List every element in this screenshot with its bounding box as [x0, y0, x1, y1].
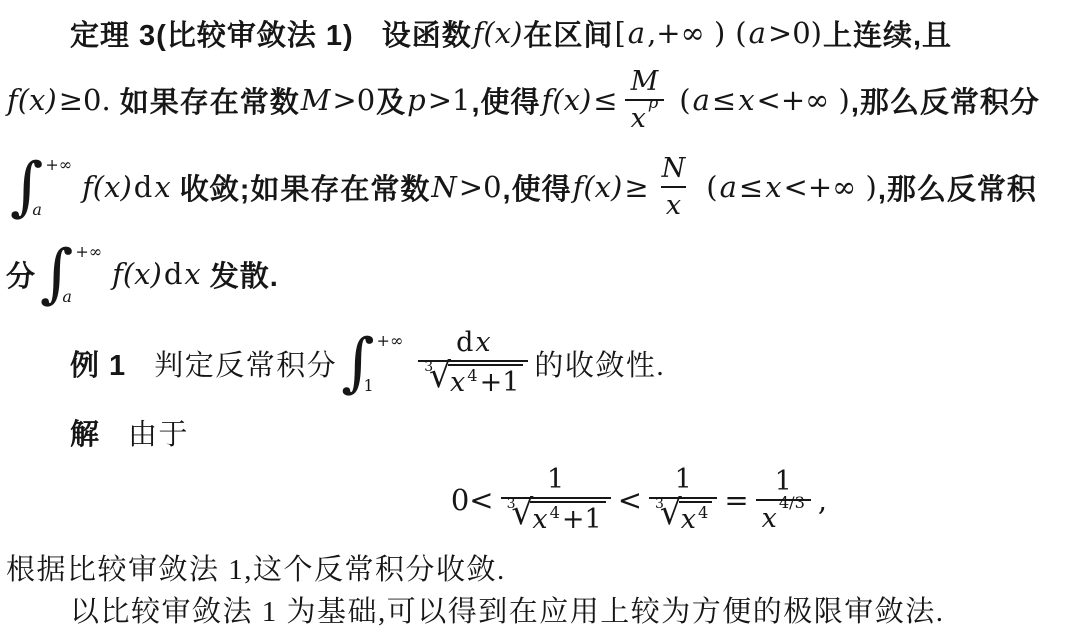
math-ge: ≥ — [624, 170, 648, 204]
theorem-line-1: 定理 3(比较审敛法 1) 设函数 f(x) 在区间 [ a ,+∞ ) ( a… — [6, 8, 1080, 58]
fraction-1-over-cuberoot-x4: 1 3 √ x4 — [649, 464, 717, 536]
theorem-text: 及 — [376, 80, 406, 121]
math-lt: < — [618, 483, 642, 517]
integral-upper-limit: +∞ — [377, 331, 404, 350]
fraction-numerator: dx — [450, 327, 497, 360]
fraction-dx-over-cuberoot: dx 3 √ x4+1 — [418, 327, 528, 399]
solution-line: 解 由于 — [6, 410, 1080, 454]
fraction-1-over-x-43: 1 x4/3 — [756, 466, 811, 534]
math-token: +1 — [480, 367, 520, 398]
integral-a-to-inf: ∫ +∞ a — [40, 242, 103, 306]
math-exp-4: 4 — [467, 366, 477, 385]
math-token: <+∞ ) — [757, 83, 850, 117]
theorem-line-3: ∫ +∞ a f(x) d x 收敛;如果存在常数 N >0 ,使得 f(x) … — [6, 142, 1080, 232]
fraction-denominator: 3 √ x4 — [649, 497, 717, 536]
theorem-text: ,使得 — [503, 167, 572, 208]
math-le: ≤ — [739, 170, 763, 204]
math-token: ,+∞ ) — [647, 16, 725, 50]
math-exp-4: 4 — [698, 503, 708, 522]
display-formula: 0< 1 3 √ x4+1 < 1 3 √ x4 — [450, 464, 828, 536]
fraction-numerator: 1 — [542, 464, 569, 497]
theorem-line-2: f(x) ≥0. 如果存在常数 M >0 及 p >1 ,使得 f(x) ≤ M… — [6, 58, 1080, 142]
math-fx: f(x) — [473, 16, 523, 50]
math-var-x: x — [184, 257, 200, 291]
example-label: 例 1 — [70, 343, 126, 384]
theorem-text: ,那么反常积 — [878, 167, 1037, 208]
math-var-x: x — [762, 503, 777, 534]
math-le: ≤ — [593, 83, 617, 117]
integral-1-to-inf: ∫ +∞ 1 — [341, 331, 404, 395]
math-var-x: x — [631, 103, 646, 134]
theorem-text: 如果存在常数 — [120, 80, 300, 121]
math-comma: , — [818, 483, 827, 517]
theorem-text: 收敛;如果存在常数 — [180, 167, 431, 208]
math-d: d — [134, 170, 153, 204]
fraction-numerator: 1 — [670, 464, 697, 497]
math-var-x: x — [532, 504, 547, 535]
integral-lower-limit: a — [32, 200, 72, 219]
conclusion-text: 根据比较审敛法 1,这个反常积分收敛. — [6, 547, 506, 588]
theorem-text: ,那么反常积分 — [851, 80, 1040, 121]
math-var-x: x — [450, 367, 465, 398]
fraction-denominator: x — [661, 186, 686, 221]
math-paren: ( — [706, 170, 717, 204]
fraction-M-over-xp: M xp — [625, 66, 665, 134]
integral-upper-limit: +∞ — [75, 242, 102, 261]
math-var-a: a — [720, 170, 737, 204]
fraction-1-over-cuberoot-x4plus1: 1 3 √ x4+1 — [501, 464, 611, 536]
fraction-denominator: x4/3 — [756, 499, 811, 534]
root-index: 3 — [424, 359, 433, 375]
math-exp-4: 4 — [550, 503, 560, 522]
radicand: x4+1 — [448, 364, 523, 398]
math-var-x: x — [475, 327, 490, 358]
radicand: x4+1 — [530, 501, 605, 535]
integral-limits: +∞ 1 — [376, 331, 405, 395]
fraction-N-over-x: N x — [656, 153, 692, 221]
conclusion-line: 根据比较审敛法 1,这个反常积分收敛. — [6, 546, 1080, 588]
math-d: d — [164, 257, 183, 291]
fraction-denominator: 3 √ x4+1 — [501, 497, 611, 536]
integral-limits: +∞ a — [74, 242, 103, 306]
math-paren: ( — [735, 16, 746, 50]
math-var-x: x — [765, 170, 781, 204]
math-token: 0< — [451, 483, 494, 517]
theorem-text: 分 — [6, 254, 36, 295]
cube-root: 3 √ x4 — [654, 501, 712, 536]
integral-upper-limit: +∞ — [45, 155, 72, 174]
math-var-x: x — [154, 170, 170, 204]
solution-text: 由于 — [128, 412, 189, 453]
theorem-text: ,使得 — [472, 80, 541, 121]
math-var-a: a — [628, 16, 645, 50]
math-fx: f(x) — [112, 257, 162, 291]
integral-lower-limit: a — [62, 287, 102, 306]
fraction-numerator: N — [657, 153, 691, 186]
display-formula-line: 0< 1 3 √ x4+1 < 1 3 √ x4 — [6, 454, 1080, 546]
theorem-text: 设函数 — [382, 13, 472, 54]
integral-lower-limit: 1 — [364, 376, 404, 395]
math-var-p: p — [407, 83, 426, 117]
math-token: >0) — [768, 16, 822, 50]
theorem-text: 发散. — [210, 254, 279, 295]
followup-text: 以比较审敛法 1 为基础,可以得到在应用上较为方便的极限审敛法. — [70, 589, 945, 630]
math-var-a: a — [749, 16, 766, 50]
math-var-x: x — [738, 83, 754, 117]
example-text: 的收敛性. — [534, 343, 665, 384]
fraction-denominator: 3 √ x4+1 — [418, 360, 528, 399]
math-fx: f(x) — [82, 170, 132, 204]
integral-limits: +∞ a — [44, 155, 73, 219]
radicand: x4 — [679, 501, 713, 535]
theorem-line-4: 分 ∫ +∞ a f(x) d x 发散. — [6, 232, 1080, 316]
math-var-N: N — [431, 170, 456, 204]
math-paren: ( — [679, 83, 690, 117]
example-text: 判定反常积分 — [154, 343, 337, 384]
fraction-denominator: xp — [625, 99, 665, 134]
followup-line: 以比较审敛法 1 为基础,可以得到在应用上较为方便的极限审敛法. — [6, 588, 1080, 630]
math-eq: = — [724, 483, 748, 517]
math-token: +1 — [562, 504, 602, 535]
theorem-text: 在区间 — [523, 13, 613, 54]
math-token: >1 — [428, 83, 471, 117]
math-token: <+∞ ) — [784, 170, 877, 204]
math-token: ≥0. — [59, 83, 111, 117]
math-token: >0 — [332, 83, 375, 117]
cube-root: 3 √ x4+1 — [423, 364, 523, 399]
solution-label: 解 — [70, 412, 100, 453]
math-fx: f(x) — [7, 83, 57, 117]
root-index: 3 — [507, 496, 516, 512]
math-var-M: M — [301, 83, 331, 117]
theorem-heading: 定理 3(比较审敛法 1) — [70, 13, 354, 54]
textbook-page: 定理 3(比较审敛法 1) 设函数 f(x) 在区间 [ a ,+∞ ) ( a… — [0, 0, 1088, 630]
theorem-text: 上连续,且 — [823, 13, 952, 54]
math-fx: f(x) — [573, 170, 623, 204]
root-index: 3 — [655, 496, 664, 512]
math-d: d — [456, 327, 473, 358]
math-fx: f(x) — [542, 83, 592, 117]
example-line: 例 1 判定反常积分 ∫ +∞ 1 dx 3 √ x4+1 的收敛性. — [6, 316, 1080, 410]
math-var-x: x — [681, 504, 696, 535]
math-var-a: a — [693, 83, 710, 117]
math-le: ≤ — [712, 83, 736, 117]
integral-a-to-inf: ∫ +∞ a — [10, 155, 73, 219]
math-token: >0 — [459, 170, 502, 204]
cube-root: 3 √ x4+1 — [506, 501, 606, 536]
math-bracket: [ — [614, 16, 625, 50]
